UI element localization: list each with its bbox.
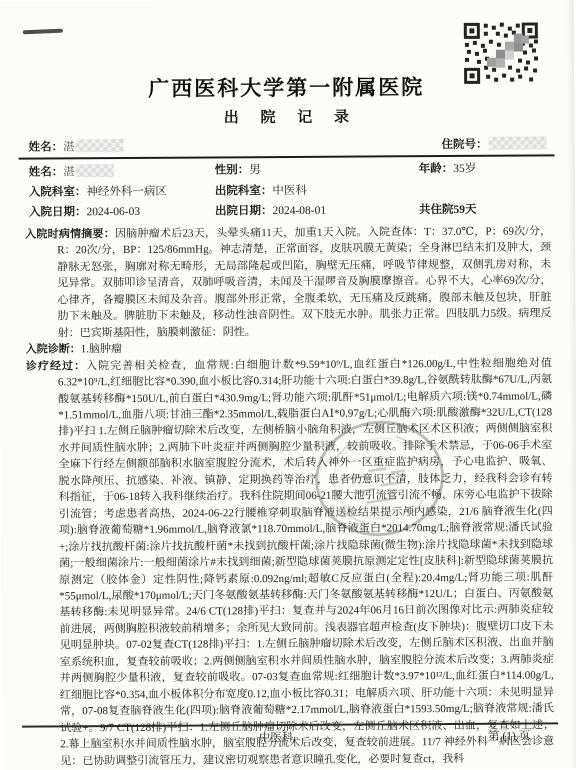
qr-code <box>463 21 539 85</box>
info-discharge-date: 出院日期：2024-08-01 <box>215 203 419 218</box>
section-treatment-course-text: 入院完善相关检查，血常规:白细胞计数*9.59*10⁹/L,血红蛋白*126.0… <box>58 357 554 767</box>
info-name-redaction <box>76 164 114 177</box>
header-admission-no-field: 住院号： <box>441 136 546 152</box>
document-title: 出 院 记 录 <box>0 107 574 129</box>
section-admission-summary-text: 因脑肿瘤术后23天，头晕头痛11天，加重1天入院。入院查体：T：37.0℃，P：… <box>57 225 551 339</box>
info-admit-dept: 入院科室：神经外科一病区 <box>29 184 215 199</box>
qr-code-graphic <box>463 21 539 85</box>
footer-department: 中医科 <box>191 729 360 746</box>
header-divider <box>19 154 555 159</box>
name-partial-char: 湛 <box>63 141 75 153</box>
section-admission-summary-label: 入院时病情摘要： <box>25 228 115 241</box>
section-treatment-course-label: 诊疗经过： <box>26 360 86 372</box>
admission-no-redaction <box>488 136 546 149</box>
section-admission-summary: 入院时病情摘要：因脑肿瘤术后23天，头晕头痛11天，加重1天入院。入院查体：T：… <box>25 223 552 341</box>
info-name: 姓名：湛 <box>29 163 215 179</box>
name-redaction <box>75 139 123 152</box>
info-gender: 性别：男 <box>215 162 419 178</box>
name-label: 姓名： <box>29 141 64 153</box>
header-name-field: 姓名：湛 <box>28 139 123 155</box>
info-discharge-dept: 出院科室：中医科 <box>215 183 419 198</box>
section-admission-diagnosis-text: 1.脑肿瘤 <box>81 343 122 355</box>
info-stay-length: 共住院59天 <box>419 202 551 217</box>
section-treatment-course: 诊疗经过：入院完善相关检查，血常规:白细胞计数*9.59*10⁹/L,血红蛋白*… <box>26 355 555 770</box>
page-footer: 中医科 第 (1) 页 <box>22 722 558 746</box>
header-fields-row: 姓名：湛 住院号： <box>28 136 546 154</box>
admission-no-label: 住院号： <box>442 139 488 151</box>
footer-page-number: 第 (1) 页 <box>361 727 558 744</box>
document-page: 广西医科大学第一附属医院 出 院 记 录 姓名：湛 住院号： 姓名：湛 性别：男… <box>0 0 576 770</box>
document-body: 入院时病情摘要：因脑肿瘤术后23天，头晕头痛11天，加重1天入院。入院查体：T：… <box>25 223 554 769</box>
info-age: 年龄：35岁 <box>419 161 551 177</box>
scanned-discharge-record: 广西医科大学第一附属医院 出 院 记 录 姓名：湛 住院号： 姓名：湛 性别：男… <box>0 0 576 770</box>
info-admit-date: 入院日期：2024-06-03 <box>29 204 215 219</box>
info-empty-cell <box>419 182 551 197</box>
patient-info-grid: 姓名：湛 性别：男 年龄：35岁 入院科室：神经外科一病区 出院科室：中医科 入… <box>29 161 551 219</box>
section-admission-diagnosis-label: 入院诊断： <box>26 343 81 355</box>
footer-spacer <box>22 730 191 747</box>
scan-artifact-mark <box>23 29 63 35</box>
